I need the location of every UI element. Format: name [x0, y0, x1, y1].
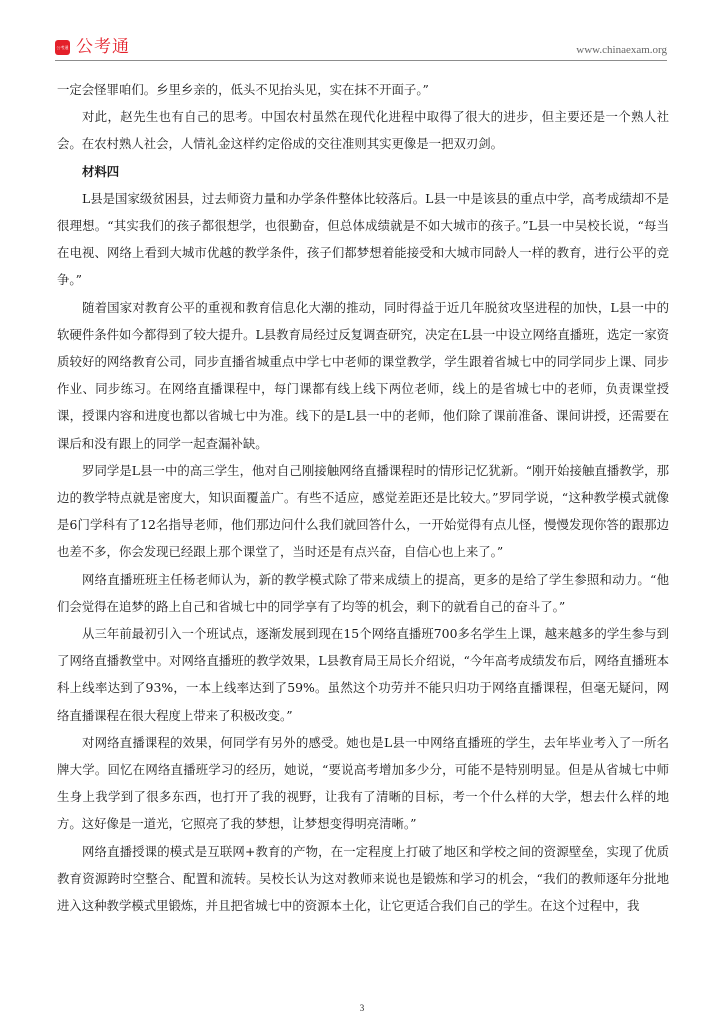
- page-header: 公考通 公考通 www.chinaexam.org: [55, 38, 667, 61]
- brand-logo[interactable]: 公考通 公考通: [55, 38, 130, 56]
- logo-text: 公考通: [76, 38, 130, 56]
- logo-badge-icon: 公考通: [55, 40, 70, 55]
- section-heading: 材料四: [57, 158, 669, 185]
- page-number: 3: [0, 1003, 724, 1013]
- paragraph: 对此，赵先生也有自己的思考。中国农村虽然在现代化进程中取得了很大的进步，但主要还…: [57, 103, 669, 157]
- paragraph: L县是国家级贫困县，过去师资力量和办学条件整体比较落后。L县一中是该县的重点中学…: [57, 185, 669, 294]
- paragraph: 随着国家对教育公平的重视和教育信息化大潮的推动，同时得益于近几年脱贫攻坚进程的加…: [57, 294, 669, 457]
- paragraph: 一定会怪罪咱们。乡里乡亲的，低头不见抬头见，实在抹不开面子。”: [57, 76, 669, 103]
- paragraph: 网络直播班班主任杨老师认为，新的教学模式除了带来成绩上的提高，更多的是给了学生参…: [57, 566, 669, 620]
- site-url[interactable]: www.chinaexam.org: [576, 44, 667, 56]
- paragraph: 对网络直播课程的效果，何同学有另外的感受。她也是L县一中网络直播班的学生，去年毕…: [57, 729, 669, 838]
- paragraph: 网络直播授课的模式是互联网+教育的产物，在一定程度上打破了地区和学校之间的资源壁…: [57, 838, 669, 920]
- paragraph: 从三年前最初引入一个班试点，逐渐发展到现在15个网络直播班700多名学生上课，越…: [57, 620, 669, 729]
- document-body: 一定会怪罪咱们。乡里乡亲的，低头不见抬头见，实在抹不开面子。” 对此，赵先生也有…: [57, 76, 669, 919]
- paragraph: 罗同学是L县一中的高三学生，他对自己刚接触网络直播课程时的情形记忆犹新。“刚开始…: [57, 457, 669, 566]
